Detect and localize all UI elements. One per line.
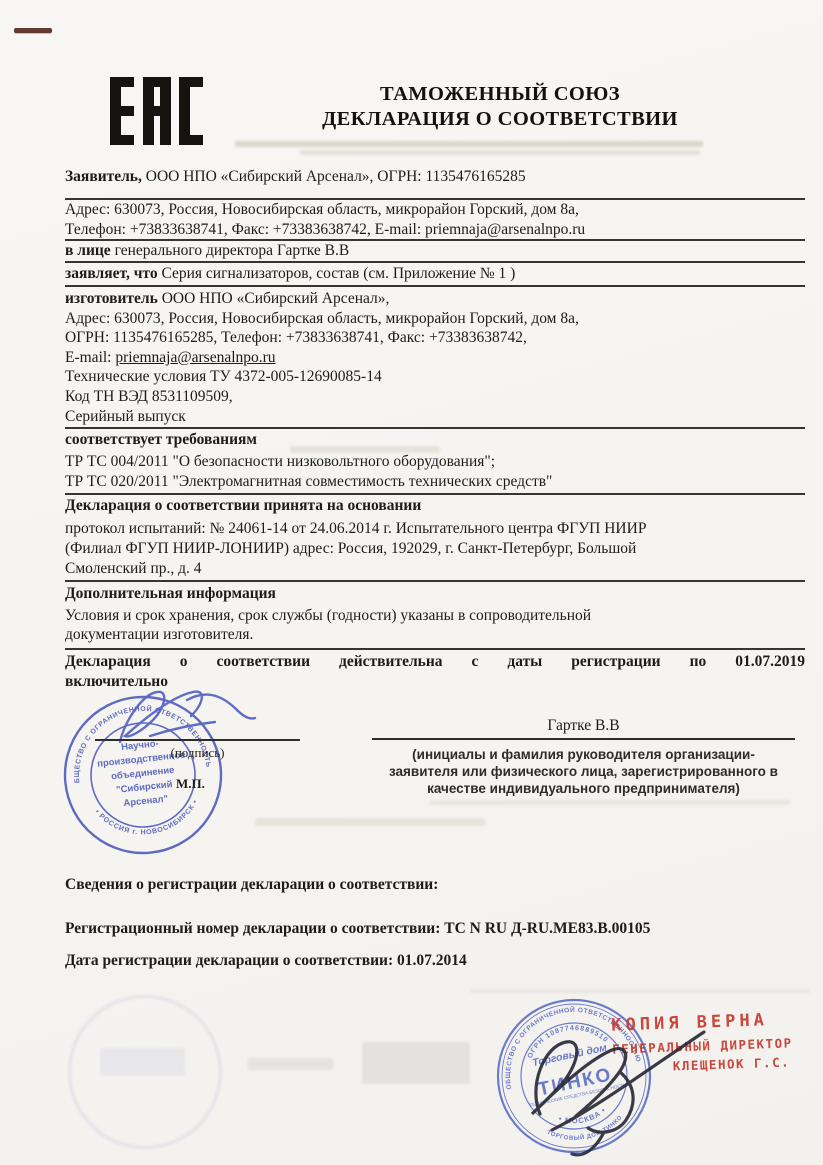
represented-value: генерального директора Гартке В.В: [111, 242, 349, 259]
declares-row: заявляет, что Серия сигнализаторов, сост…: [65, 264, 805, 284]
section-divider: [65, 285, 805, 287]
basis-line: протокол испытаний: № 24061-14 от 24.06.…: [65, 519, 805, 539]
basis-block: протокол испытаний: № 24061-14 от 24.06.…: [65, 519, 805, 579]
applicant-phone-email: Телефон: +73833638741, Факс: +7338363874…: [65, 220, 805, 240]
manufacturer-email: priemnaja@arsenalnpo.ru: [115, 349, 275, 366]
section-divider: [65, 493, 805, 495]
email-label: E-mail:: [65, 349, 115, 366]
regulation-item: ТР ТС 004/2011 "О безопасности низковоль…: [65, 452, 805, 472]
head-name: Гартке В.В: [372, 716, 795, 736]
registration-heading: Сведения о регистрации декларации о соот…: [65, 875, 805, 895]
document-title: ТАМОЖЕННЫЙ СОЮЗ ДЕКЛАРАЦИЯ О СООТВЕТСТВИ…: [220, 82, 780, 132]
bleed-through-artifact: [255, 818, 485, 826]
regulation-item: ТР ТС 020/2011 "Электромагнитная совмест…: [65, 472, 805, 492]
basis-heading: Декларация о соответствии принята на осн…: [65, 496, 805, 516]
manufacturer-label: изготовитель: [65, 290, 158, 307]
tn-ved-code: Код ТН ВЭД 8531109509,: [65, 387, 805, 407]
director-signature: [492, 1002, 727, 1162]
manufacturer-address: Адрес: 630073, Россия, Новосибирская обл…: [65, 309, 805, 329]
declares-value: Серия сигнализаторов, состав (см. Прилож…: [158, 265, 516, 282]
pen-mark: [14, 28, 52, 33]
applicant-contacts: Адрес: 630073, Россия, Новосибирская обл…: [65, 200, 805, 239]
section-divider: [65, 580, 805, 582]
manufacturer-name: ООО НПО «Сибирский Арсенал»,: [158, 290, 390, 307]
ghost-stamp-artifact: [100, 1048, 185, 1076]
applicant-value: ООО НПО «Сибирский Арсенал», ОГРН: 11354…: [142, 168, 526, 185]
basis-line: Смоленский пр., д. 4: [65, 559, 805, 579]
applicant-label: Заявитель,: [65, 168, 142, 185]
head-caption-line: качестве индивидуального предпринимателя…: [372, 780, 795, 797]
additional-info-line: Условия и срок хранения, срок службы (го…: [65, 606, 805, 625]
ghost-stamp-artifact: [68, 995, 222, 1149]
signature-line: [372, 738, 795, 740]
represented-label: в лице: [65, 242, 111, 259]
head-caption: (инициалы и фамилия руководителя организ…: [372, 746, 795, 797]
section-divider: [65, 261, 805, 263]
section-divider: [65, 427, 805, 429]
stamp-center-line: Арсенал": [123, 794, 169, 810]
additional-info-heading: Дополнительная информация: [65, 584, 805, 604]
additional-info-block: Условия и срок хранения, срок службы (го…: [65, 606, 805, 644]
eac-logo: [110, 77, 203, 145]
bleed-through-artifact: [235, 141, 703, 147]
issue-type: Серийный выпуск: [65, 407, 805, 427]
bleed-through-artifact: [470, 989, 810, 993]
bleed-through-artifact: [362, 1042, 470, 1084]
mp-label: М.П.: [176, 776, 205, 792]
represented-row: в лице генерального директора Гартке В.В: [65, 241, 805, 261]
bleed-through-artifact: [300, 150, 700, 155]
compliance-heading: соответствует требованиям: [65, 430, 805, 450]
head-caption-line: (инициалы и фамилия руководителя организ…: [372, 746, 795, 763]
title-line-2: ДЕКЛАРАЦИЯ О СООТВЕТСТВИИ: [220, 107, 780, 132]
tech-conditions: Технические условия ТУ 4372-005-12690085…: [65, 367, 805, 387]
validity-line: Декларация о соответствии действительна …: [65, 652, 805, 672]
signature-line: [95, 739, 300, 741]
section-divider: [65, 648, 805, 650]
applicant-address: Адрес: 630073, Россия, Новосибирская обл…: [65, 200, 805, 220]
declaration-document: ТАМОЖЕННЫЙ СОЮЗ ДЕКЛАРАЦИЯ О СООТВЕТСТВИ…: [0, 0, 823, 1165]
applicant-row: Заявитель, ООО НПО «Сибирский Арсенал», …: [65, 167, 805, 187]
manufacturer-ogrn-phone: ОГРН: 1135476165285, Телефон: +738336387…: [65, 328, 805, 348]
registration-date: Дата регистрации декларации о соответств…: [65, 951, 805, 971]
bleed-through-artifact: [430, 800, 790, 805]
bleed-through-artifact: [248, 1058, 333, 1070]
title-line-1: ТАМОЖЕННЫЙ СОЮЗ: [220, 82, 780, 107]
additional-info-line: документации изготовителя.: [65, 625, 805, 644]
head-caption-line: заявителя или физического лица, зарегист…: [372, 763, 795, 780]
declares-label: заявляет, что: [65, 265, 158, 282]
basis-line: (Филиал ФГУП НИИР-ЛОНИИР) адрес: Россия,…: [65, 539, 805, 559]
compliance-regulations: ТР ТС 004/2011 "О безопасности низковоль…: [65, 452, 805, 492]
signature-caption: (подпись): [95, 745, 300, 761]
manufacturer-block: изготовитель ООО НПО «Сибирский Арсенал»…: [65, 289, 805, 426]
registration-number: Регистрационный номер декларации о соотв…: [65, 919, 805, 939]
